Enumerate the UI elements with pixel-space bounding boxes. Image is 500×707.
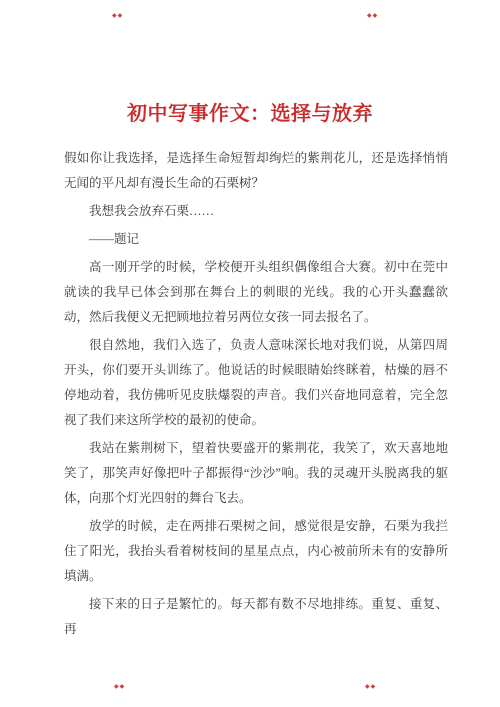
- essay-body: 假如你让我选择，是选择生命短暂却绚烂的紫荆花儿，还是选择悄悄无闻的平凡却有漫长生…: [64, 146, 448, 645]
- essay-title: 初中写事作文：选择与放弃: [0, 97, 500, 126]
- corner-ornament-bottom-left: ◆◆: [114, 684, 125, 690]
- document-page: ◆◆ ◆◆ ◆◆ ◆◆ 初中写事作文：选择与放弃 假如你让我选择，是选择生命短暂…: [0, 0, 500, 707]
- corner-ornament-bottom-right: ◆◆: [365, 684, 376, 690]
- essay-paragraph: 放学的时候，走在两排石栗树之间，感觉很是安静，石栗为我拦住了阳光，我抬头看着树枝…: [64, 514, 448, 589]
- essay-paragraph-wish: 我想我会放弃石栗……: [64, 199, 448, 224]
- corner-ornament-top-left: ◆◆: [112, 13, 123, 19]
- essay-paragraph: 很自然地，我们入选了，负责人意味深长地对我们说，从第四周开头，你们要开头训练了。…: [64, 333, 448, 433]
- essay-paragraph-truncated: 接下来的日子是繁忙的。每天都有数不尽地排练。重复、重复、再: [64, 592, 448, 642]
- essay-paragraph-epigraph: ——题记: [64, 227, 448, 252]
- essay-paragraph-opening: 假如你让我选择，是选择生命短暂却绚烂的紫荆花儿，还是选择悄悄无闻的平凡却有漫长生…: [64, 146, 448, 196]
- corner-ornament-top-right: ◆◆: [367, 13, 378, 19]
- essay-paragraph: 高一刚开学的时候，学校便开头组织偶像组合大赛。初中在莞中就读的我早已体会到那在舞…: [64, 255, 448, 330]
- essay-paragraph: 我站在紫荆树下，望着快要盛开的紫荆花，我笑了，欢天喜地地笑了，那笑声好像把叶子都…: [64, 436, 448, 511]
